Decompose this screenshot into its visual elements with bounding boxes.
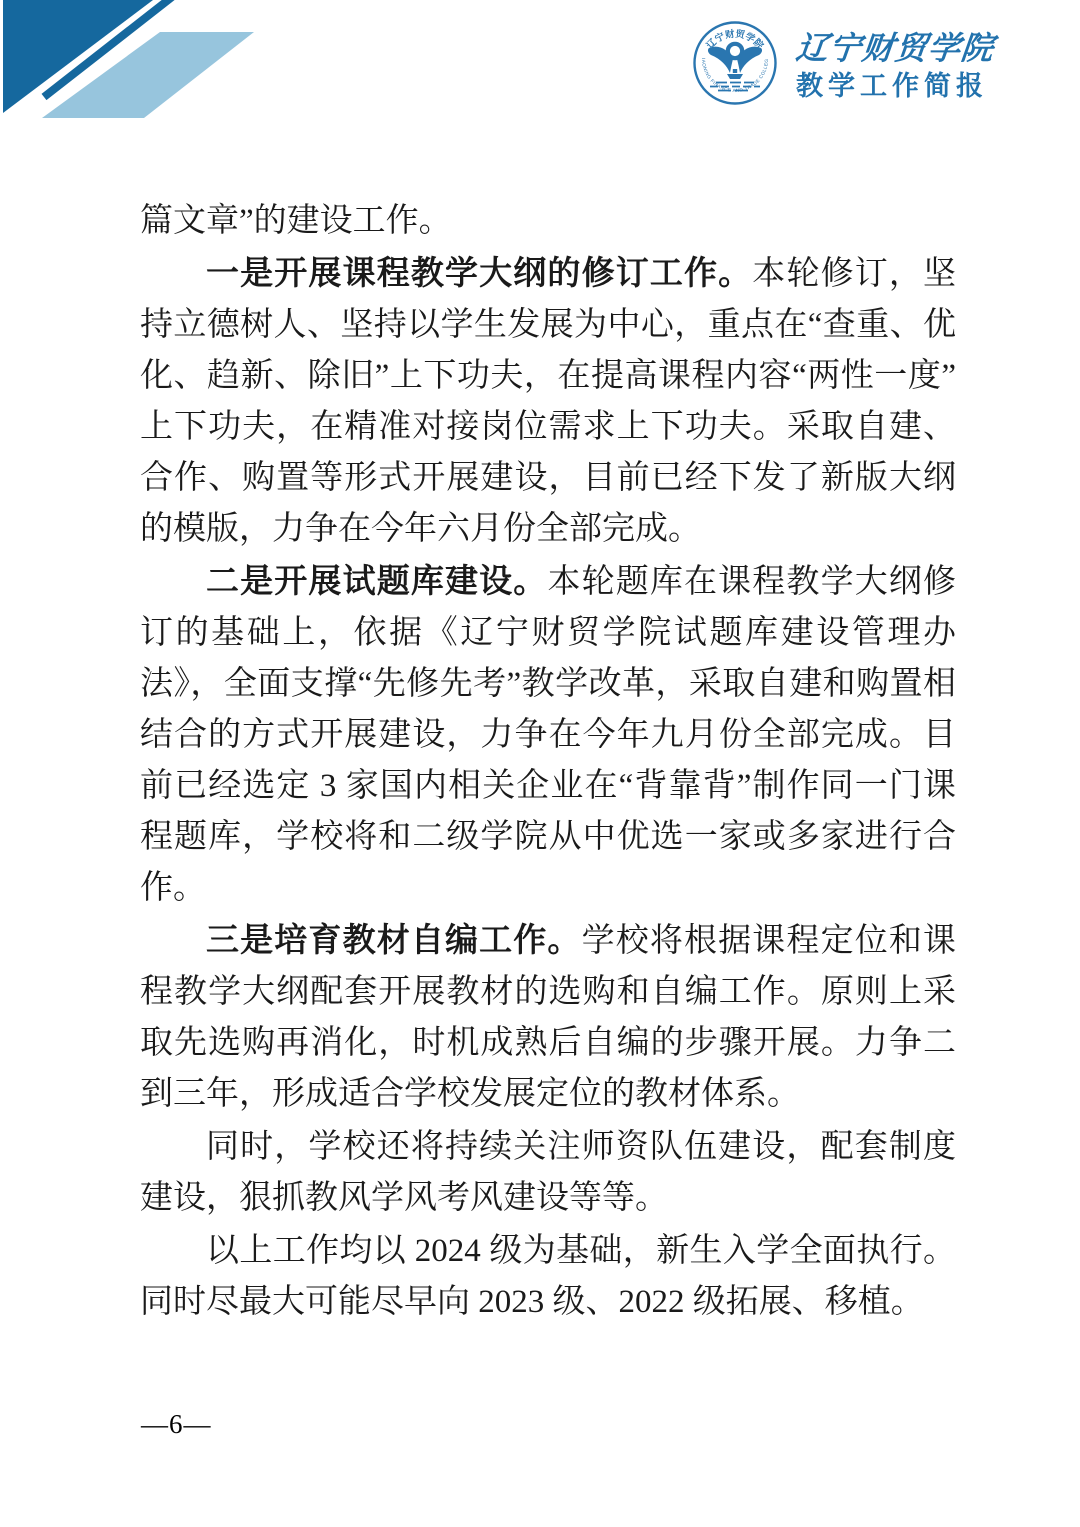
paragraph-text: 本轮修订，坚持立德树人、坚持以学生发展为中心，重点在“查重、优化、趋新、除旧”上… [140,256,956,547]
paragraph: 同时，学校还将持续关注师资队伍建设，配套制度建设，狠抓教风学风考风建设等等。 [140,1120,956,1224]
college-name-calligraphy: 辽宁财贸学院 [794,26,997,70]
paragraph-lead: 三是培育教材自编工作。 [206,921,582,958]
brand-block: 辽宁财贸学院 LIAONING FINANCE AND TRADE COLLEG… [692,20,994,106]
paragraph-lead: 一是开展课程教学大纲的修订工作。 [206,254,752,291]
brand-text: 辽宁财贸学院 教学工作简报 [796,20,994,102]
paragraph: 篇文章”的建设工作。 [140,194,956,247]
paragraph-text: 本轮题库在课程教学大纲修订的基础上，依据《辽宁财贸学院试题库建设管理办法》，全面… [140,564,956,906]
paragraph: 以上工作均以 2024 级为基础，新生入学全面执行。同时尽最大可能尽早向 202… [140,1224,956,1328]
paragraph: 一是开展课程教学大纲的修订工作。本轮修订，坚持立德树人、坚持以学生发展为中心，重… [140,247,956,555]
paragraph-text: 以上工作均以 2024 级为基础，新生入学全面执行。同时尽最大可能尽早向 202… [140,1233,956,1320]
page-number: —6— [141,1408,212,1440]
paragraph-lead: 二是开展试题库建设。 [206,562,547,599]
document-body: 篇文章”的建设工作。 一是开展课程教学大纲的修订工作。本轮修订，坚持立德树人、坚… [140,194,956,1328]
paragraph-text: 篇文章”的建设工作。 [140,203,452,239]
paragraph-text: 同时，学校还将持续关注师资队伍建设，配套制度建设，狠抓教风学风考风建设等等。 [140,1129,956,1216]
college-seal-logo: 辽宁财贸学院 LIAONING FINANCE AND TRADE COLLEG… [692,20,778,106]
document-page: 辽宁财贸学院 LIAONING FINANCE AND TRADE COLLEG… [0,0,1080,1527]
paragraph: 二是开展试题库建设。本轮题库在课程教学大纲修订的基础上，依据《辽宁财贸学院试题库… [140,555,956,914]
bulletin-title: 教学工作简报 [796,70,994,102]
paragraph: 三是培育教材自编工作。学校将根据课程定位和课程教学大纲配套开展教材的选购和自编工… [140,914,956,1120]
corner-decoration [0,0,270,125]
